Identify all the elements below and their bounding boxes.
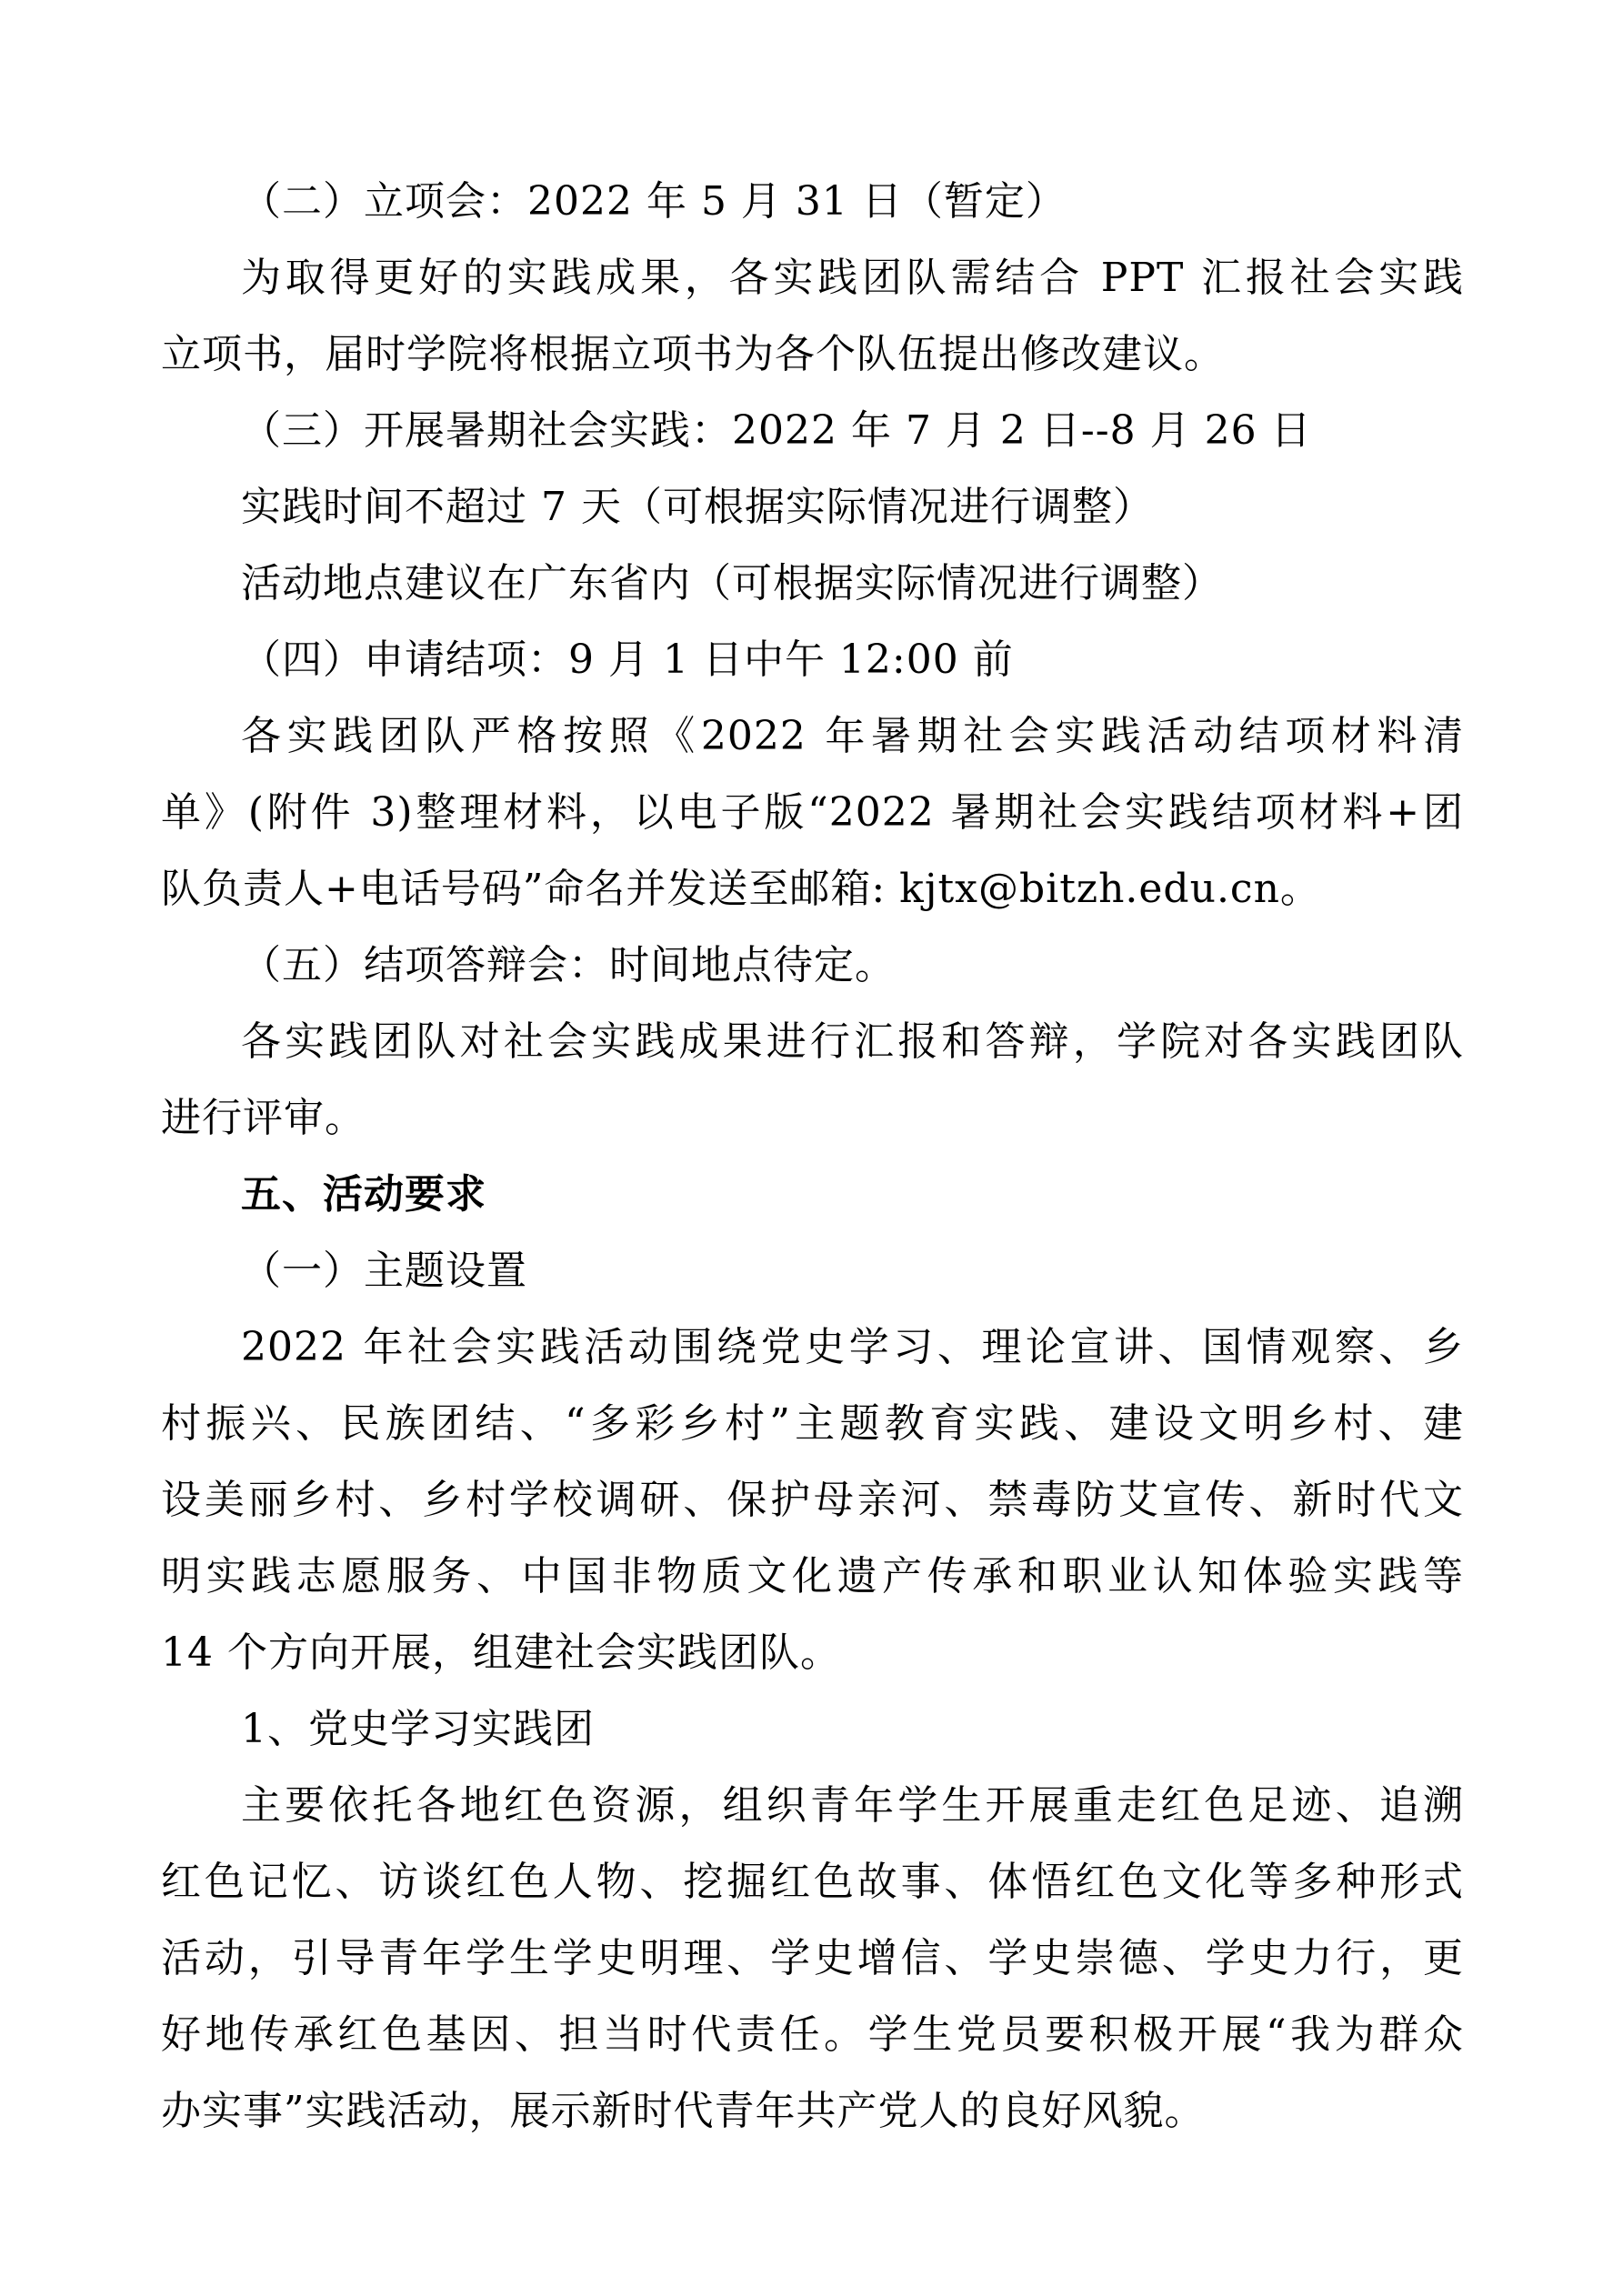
text-line: （三）开展暑期社会实践：2022 年 7 月 2 日--8 月 26 日 — [161, 393, 1464, 469]
paragraph: 主要依托各地红色资源，组织青年学生开展重走红色足迹、追溯红色记忆、访谈红色人物、… — [161, 1768, 1464, 2150]
paragraph: 实践时间不超过 7 天（可根据实际情况进行调整） — [161, 469, 1464, 546]
text-line: （五）结项答辩会：时间地点待定。 — [161, 927, 1464, 1004]
text-line: 1、党史学习实践团 — [161, 1691, 1464, 1768]
text-line: 办实事”实践活动，展示新时代青年共产党人的良好风貌。 — [161, 2073, 1464, 2150]
text-line: 各实践团队对社会实践成果进行汇报和答辩，学院对各实践团队 — [161, 1004, 1464, 1080]
paragraph: 各实践团队严格按照《2022 年暑期社会实践活动结项材料清单》(附件 3)整理材… — [161, 698, 1464, 927]
paragraph: 2022 年社会实践活动围绕党史学习、理论宣讲、国情观察、乡村振兴、民族团结、“… — [161, 1309, 1464, 1691]
section-heading: 五、活动要求 — [161, 1157, 1464, 1233]
text-line: （二）立项会：2022 年 5 月 31 日（暂定） — [161, 164, 1464, 240]
text-line: 立项书，届时学院将根据立项书为各个队伍提出修改建议。 — [161, 316, 1464, 393]
paragraph: 活动地点建议在广东省内（可根据实际情况进行调整） — [161, 546, 1464, 622]
text-line: 明实践志愿服务、中国非物质文化遗产传承和职业认知体验实践等 — [161, 1539, 1464, 1615]
text-line: 各实践团队严格按照《2022 年暑期社会实践活动结项材料清 — [161, 698, 1464, 775]
text-line: （四）申请结项：9 月 1 日中午 12:00 前 — [161, 622, 1464, 698]
text-line: 活动，引导青年学生学史明理、学史增信、学史崇德、学史力行，更 — [161, 1920, 1464, 1997]
text-line: 五、活动要求 — [161, 1157, 1464, 1233]
text-line: 2022 年社会实践活动围绕党史学习、理论宣讲、国情观察、乡 — [161, 1309, 1464, 1386]
text-line: 好地传承红色基因、担当时代责任。学生党员要积极开展“我为群众 — [161, 1997, 1464, 2073]
text-line: 实践时间不超过 7 天（可根据实际情况进行调整） — [161, 469, 1464, 546]
document-body: （二）立项会：2022 年 5 月 31 日（暂定）为取得更好的实践成果，各实践… — [161, 164, 1464, 2150]
text-line: 红色记忆、访谈红色人物、挖掘红色故事、体悟红色文化等多种形式 — [161, 1844, 1464, 1920]
text-line: 活动地点建议在广东省内（可根据实际情况进行调整） — [161, 546, 1464, 622]
paragraph: （三）开展暑期社会实践：2022 年 7 月 2 日--8 月 26 日 — [161, 393, 1464, 469]
document-page: （二）立项会：2022 年 5 月 31 日（暂定）为取得更好的实践成果，各实践… — [0, 0, 1623, 2296]
text-line: 设美丽乡村、乡村学校调研、保护母亲河、禁毒防艾宣传、新时代文 — [161, 1462, 1464, 1539]
paragraph: （五）结项答辩会：时间地点待定。 — [161, 927, 1464, 1004]
paragraph: （四）申请结项：9 月 1 日中午 12:00 前 — [161, 622, 1464, 698]
text-line: 为取得更好的实践成果，各实践团队需结合 PPT 汇报社会实践 — [161, 240, 1464, 316]
text-line: 进行评审。 — [161, 1080, 1464, 1157]
text-line: 主要依托各地红色资源，组织青年学生开展重走红色足迹、追溯 — [161, 1768, 1464, 1844]
text-line: 队负责人+电话号码”命名并发送至邮箱: kjtx@bitzh.edu.cn。 — [161, 851, 1464, 927]
text-line: 14 个方向开展，组建社会实践团队。 — [161, 1615, 1464, 1691]
text-line: 单》(附件 3)整理材料，以电子版“2022 暑期社会实践结项材料+团 — [161, 775, 1464, 851]
paragraph: 1、党史学习实践团 — [161, 1691, 1464, 1768]
text-line: （一）主题设置 — [161, 1233, 1464, 1309]
paragraph: 为取得更好的实践成果，各实践团队需结合 PPT 汇报社会实践立项书，届时学院将根… — [161, 240, 1464, 393]
text-line: 村振兴、民族团结、“多彩乡村”主题教育实践、建设文明乡村、建 — [161, 1386, 1464, 1462]
paragraph: 各实践团队对社会实践成果进行汇报和答辩，学院对各实践团队进行评审。 — [161, 1004, 1464, 1157]
paragraph: （一）主题设置 — [161, 1233, 1464, 1309]
paragraph: （二）立项会：2022 年 5 月 31 日（暂定） — [161, 164, 1464, 240]
